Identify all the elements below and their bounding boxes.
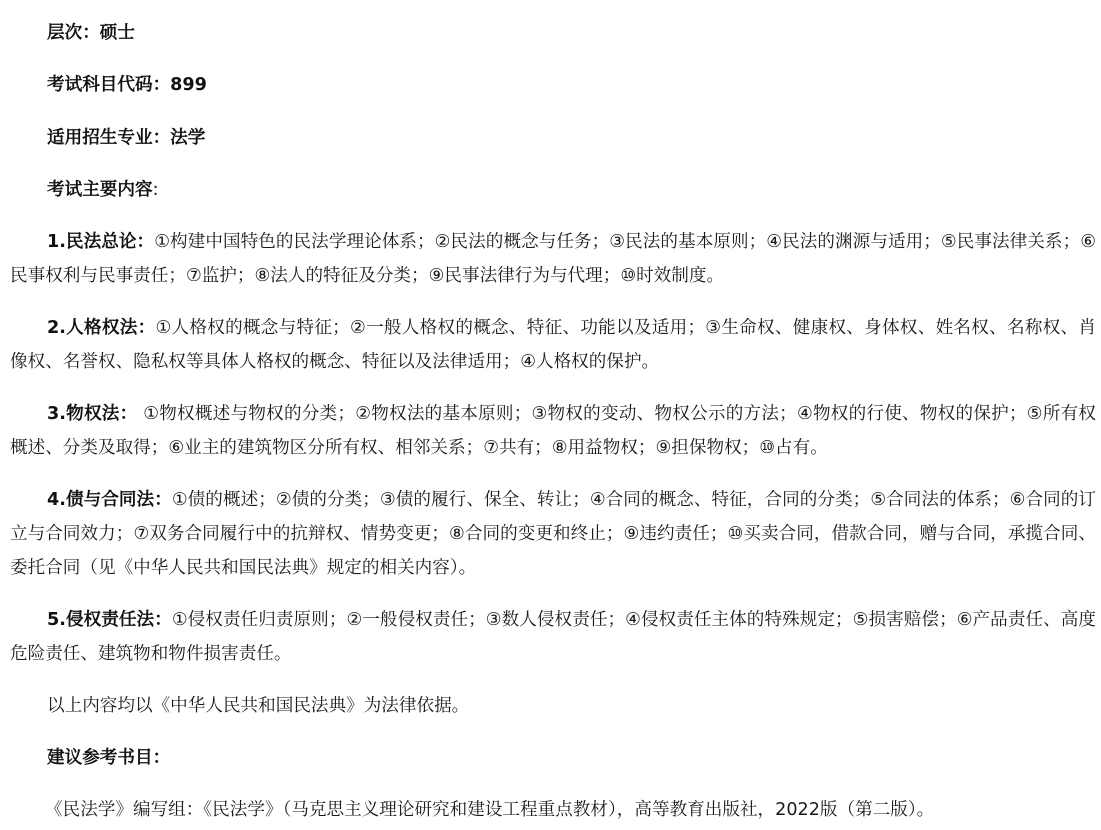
exam-syllabus-document: 层次：硕士 考试科目代码：899 适用招生专业：法学 考试主要内容: 1.民法总… [0, 0, 1101, 830]
section-personality-rights: 2.人格权法：①人格权的概念与特征；②一般人格权的概念、特征、功能以及适用；③生… [10, 311, 1096, 379]
section-body: ①构建中国特色的民法学理论体系；②民法的概念与任务；③民法的基本原则；④民法的渊… [10, 232, 1096, 286]
subject-code-label: 考试科目代码： [47, 75, 170, 95]
subject-code-value: 899 [170, 75, 207, 95]
level-line: 层次：硕士 [10, 16, 1096, 50]
legal-basis-note: 以上内容均以《中华人民共和国民法典》为法律依据。 [10, 689, 1096, 723]
section-tort-law: 5.侵权责任法：①侵权责任归责原则；②一般侵权责任；③数人侵权责任；④侵权责任主… [10, 603, 1096, 671]
section-body: ①债的概述；②债的分类；③债的履行、保全、转让；④合同的概念、特征，合同的分类；… [10, 490, 1096, 578]
main-content-heading-colon: : [153, 180, 159, 200]
section-body: ①侵权责任归责原则；②一般侵权责任；③数人侵权责任；④侵权责任主体的特殊规定；⑤… [10, 610, 1096, 664]
section-title: 2.人格权法： [47, 318, 155, 338]
major-value: 法学 [170, 128, 205, 148]
section-obligations-contract: 4.债与合同法：①债的概述；②债的分类；③债的履行、保全、转让；④合同的概念、特… [10, 483, 1096, 585]
section-title: 4.债与合同法： [47, 490, 172, 510]
main-content-heading: 考试主要内容: [10, 173, 1096, 207]
level-label: 层次： [47, 23, 100, 43]
section-title: 1.民法总论： [47, 232, 154, 252]
major-line: 适用招生专业：法学 [10, 121, 1096, 155]
section-civil-law-general: 1.民法总论：①构建中国特色的民法学理论体系；②民法的概念与任务；③民法的基本原… [10, 225, 1096, 293]
section-title: 3.物权法： [47, 404, 137, 424]
reference-book-item: 《民法学》编写组：《民法学》（马克思主义理论研究和建设工程重点教材），高等教育出… [10, 793, 1096, 827]
section-body: ①人格权的概念与特征；②一般人格权的概念、特征、功能以及适用；③生命权、健康权、… [10, 318, 1096, 372]
major-label: 适用招生专业： [47, 128, 170, 148]
section-property-law: 3.物权法： ①物权概述与物权的分类；②物权法的基本原则；③物权的变动、物权公示… [10, 397, 1096, 465]
main-content-heading-text: 考试主要内容 [47, 180, 153, 200]
section-body: ①物权概述与物权的分类；②物权法的基本原则；③物权的变动、物权公示的方法；④物权… [10, 404, 1096, 458]
level-value: 硕士 [100, 23, 135, 43]
section-title: 5.侵权责任法： [47, 610, 172, 630]
reference-heading-text: 建议参考书目： [47, 748, 170, 768]
subject-code-line: 考试科目代码：899 [10, 68, 1096, 102]
reference-heading: 建议参考书目： [10, 741, 1096, 775]
